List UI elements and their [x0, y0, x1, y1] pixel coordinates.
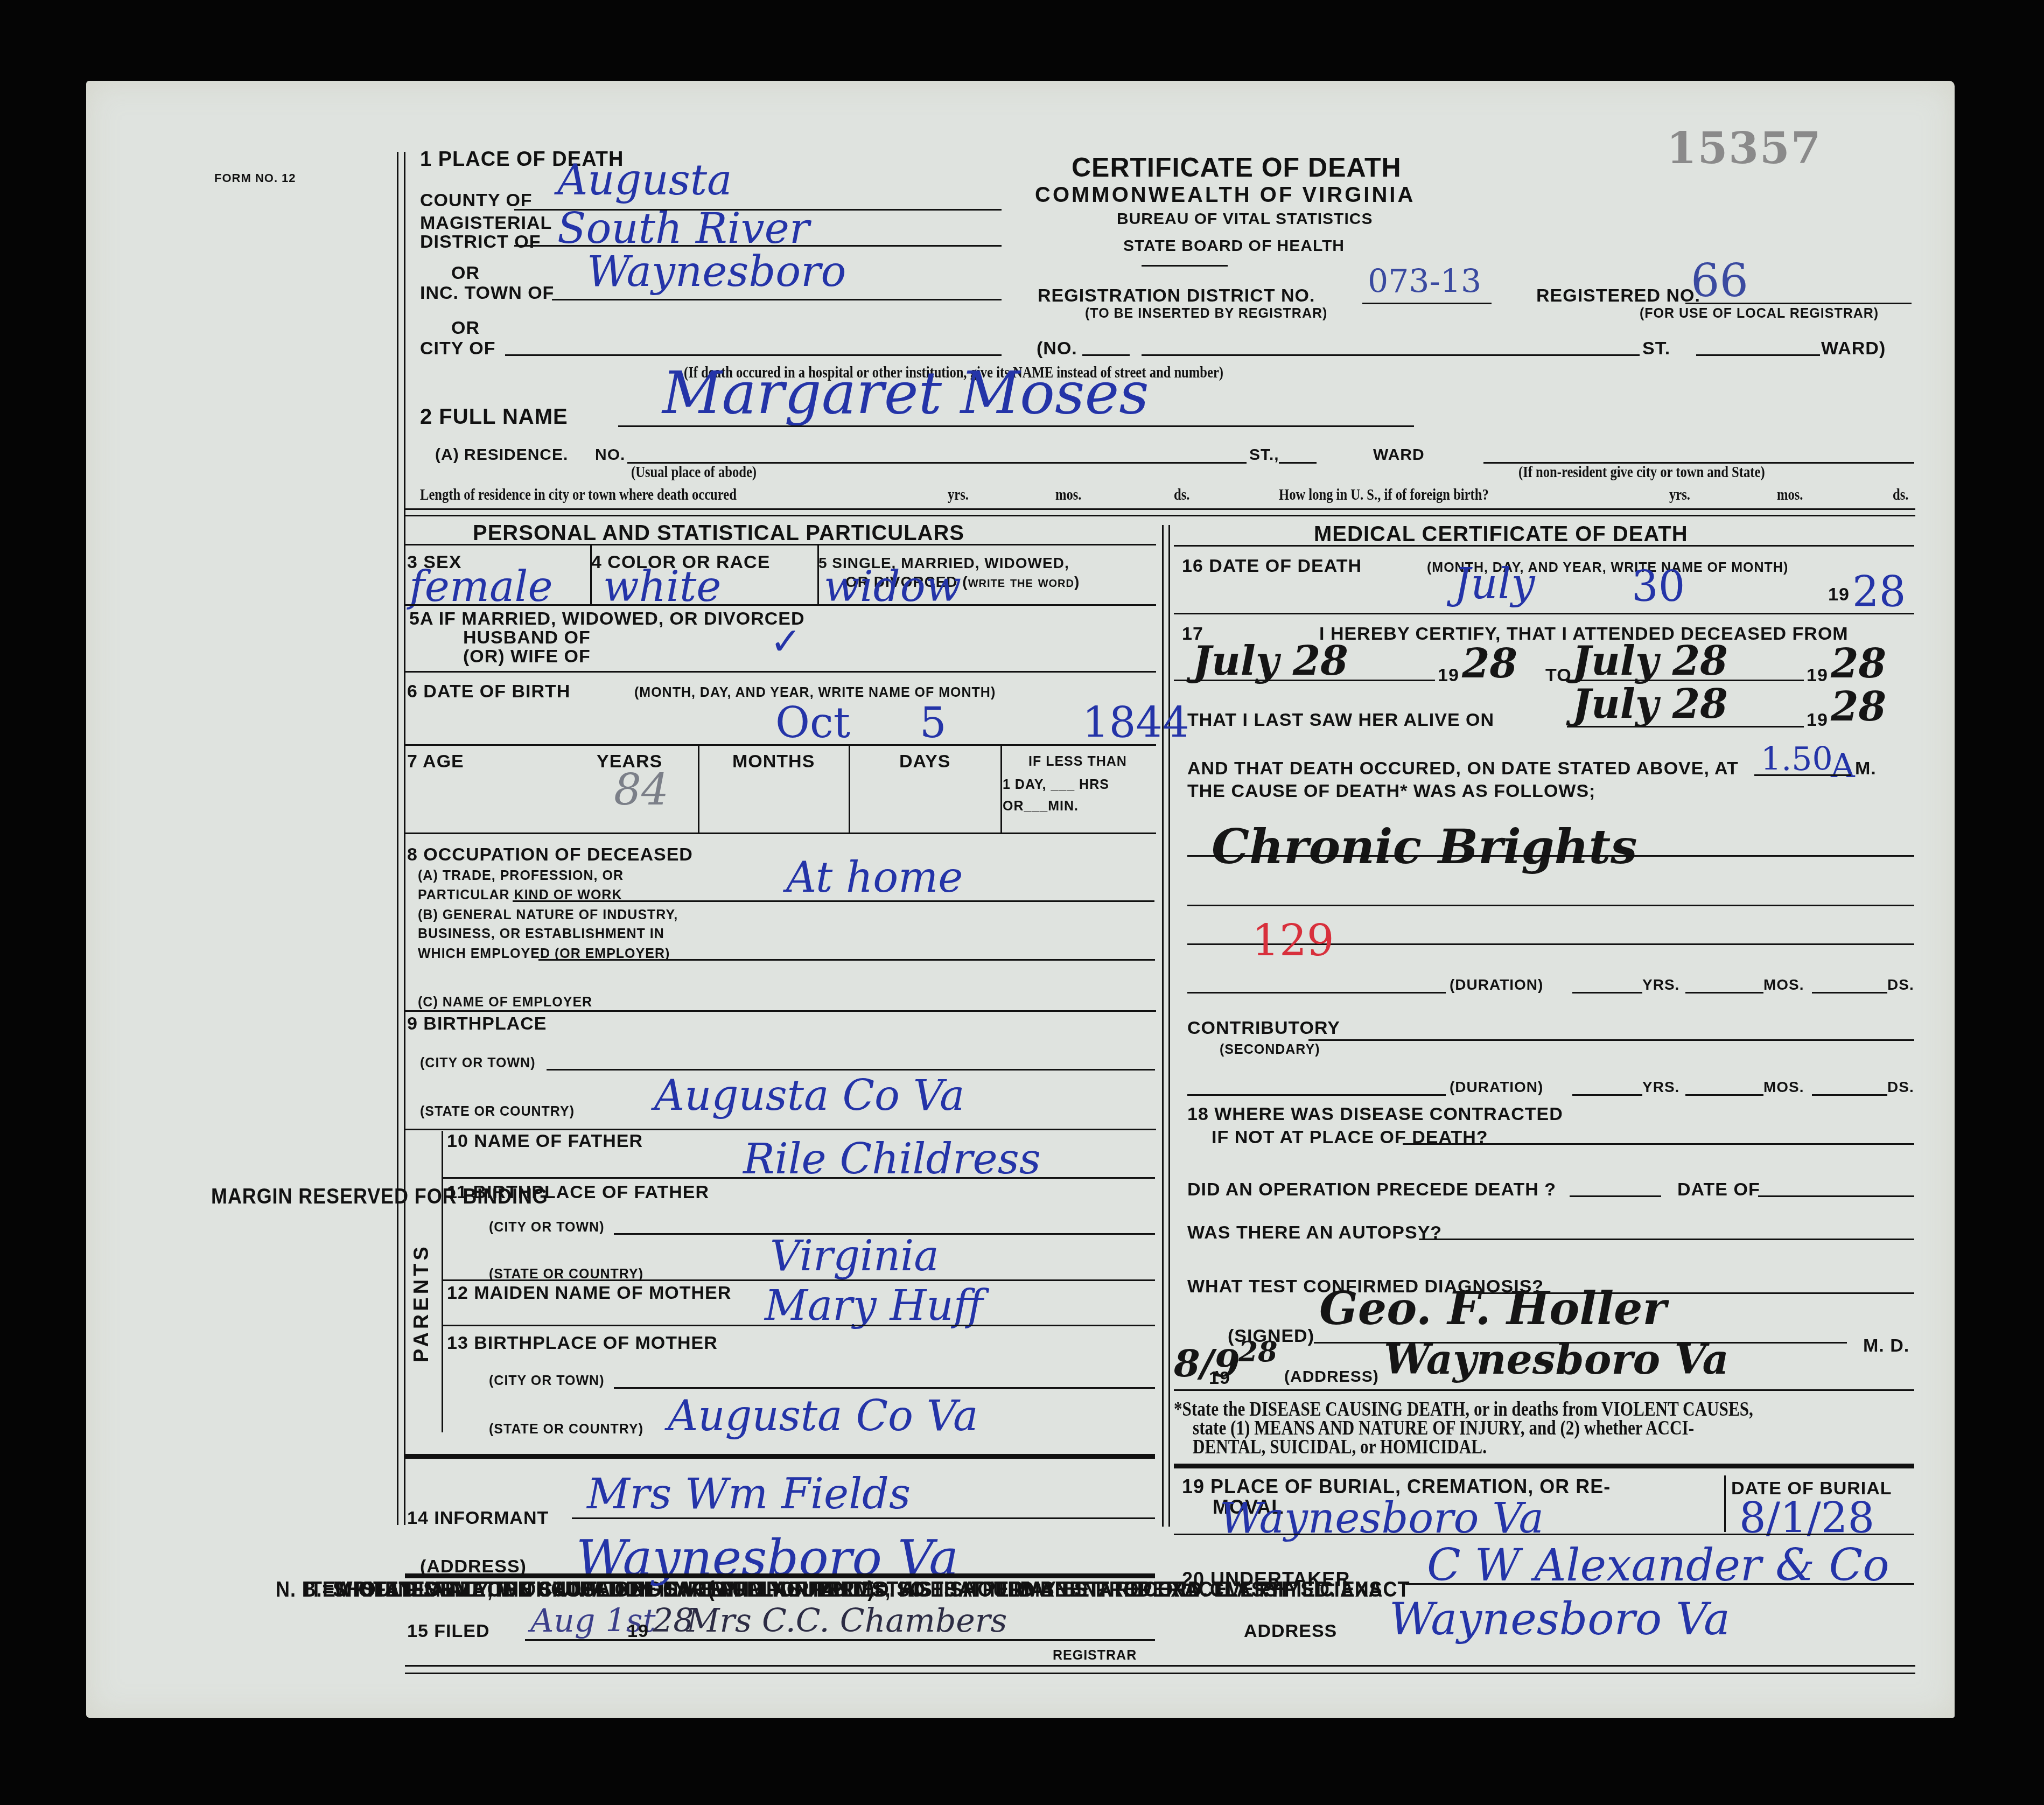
occupation-b-line	[538, 959, 1155, 961]
registered-no-value: 66	[1691, 254, 1748, 307]
undertaker-line	[1405, 1583, 1914, 1585]
middle-divider-line	[1168, 525, 1170, 1527]
signed-year: 28	[1238, 1335, 1277, 1368]
parents-side-label: PARENTS	[410, 1243, 433, 1362]
ward-label: WARD)	[1821, 338, 1886, 359]
last-saw-year: 28	[1831, 684, 1886, 730]
bottom-rule	[405, 1665, 1915, 1667]
dod-year: 28	[1852, 568, 1906, 617]
row-rule	[405, 744, 1156, 746]
birthplace-state-label: (STATE OR COUNTRY)	[420, 1104, 575, 1120]
foreign-yrs-label: yrs.	[1669, 486, 1690, 504]
age-divider	[698, 745, 699, 832]
county-value: Augusta	[557, 156, 732, 205]
undertaker-address-label: ADDRESS	[1244, 1621, 1337, 1642]
attended-to-year: 28	[1831, 641, 1886, 687]
thick-rule	[1174, 1464, 1914, 1468]
length-yrs-label: yrs.	[948, 486, 969, 504]
dob-label: 6 DATE OF BIRTH	[407, 681, 570, 702]
age-label: 7 AGE	[407, 751, 464, 772]
occupation-c: (C) NAME OF EMPLOYER	[418, 995, 592, 1010]
attended-from-year: 28	[1462, 641, 1517, 687]
father-birthplace-value: Virginia	[770, 1232, 939, 1281]
row-rule	[405, 1010, 1156, 1012]
street-st-label: ST.	[1642, 338, 1670, 359]
full-name-value: Margaret Moses	[662, 360, 1149, 427]
registration-district-note: (TO BE INSERTED BY REGISTRAR)	[1085, 306, 1327, 321]
contributory-label: CONTRIBUTORY	[1187, 1018, 1340, 1039]
mother-birthplace-value: Augusta Co Va	[668, 1392, 978, 1440]
personal-rule	[405, 544, 1156, 545]
registered-no-note: (FOR USE OF LOCAL REGISTRAR)	[1640, 306, 1879, 321]
father-name-label: 10 NAME OF FATHER	[447, 1131, 643, 1152]
occupation-b-2: BUSINESS, OR ESTABLISHMENT IN	[418, 926, 664, 942]
row-rule	[405, 604, 1156, 606]
last-saw-label: THAT I LAST SAW HER ALIVE ON	[1187, 710, 1494, 731]
street-no-line	[1082, 354, 1130, 356]
undertaker-label: 20 UNDERTAKER	[1182, 1568, 1350, 1591]
occupation-a-line	[513, 900, 1154, 902]
date-of-label: DATE OF	[1677, 1179, 1760, 1200]
row-rule	[1174, 1534, 1914, 1535]
birthplace-city-label: (CITY OR TOWN)	[420, 1055, 535, 1071]
contracted-label-2: IF NOT AT PLACE OF DEATH?	[1212, 1127, 1488, 1148]
father-name-value: Rile Childress	[743, 1135, 1041, 1184]
full-name-line	[618, 425, 1414, 427]
left-border-line	[397, 152, 398, 1525]
occupation-a-1: (A) TRADE, PROFESSION, OR	[418, 868, 624, 884]
informant-line	[572, 1517, 1155, 1519]
form-number: FORM NO. 12	[214, 171, 296, 185]
duration-ds-line	[1812, 992, 1887, 994]
middle-divider-line	[1162, 525, 1164, 1527]
registrar-label: REGISTRAR	[1053, 1648, 1137, 1663]
attended-to-year-prefix: 19	[1807, 665, 1828, 686]
district-label-2: DISTRICT OF	[420, 232, 541, 253]
dod-label: 16 DATE OF DEATH	[1182, 556, 1362, 577]
duration-yrs-label: YRS.	[1642, 1079, 1679, 1096]
cause-line	[1187, 855, 1914, 857]
residence-label: (A) RESIDENCE.	[435, 446, 568, 464]
dob-note: (MONTH, DAY, AND YEAR, WRITE NAME OF MON…	[634, 685, 996, 701]
certificate-paper	[86, 81, 1955, 1718]
cause-code: 129	[1252, 915, 1334, 966]
father-bp-city-label: (CITY OR TOWN)	[489, 1220, 604, 1235]
board-name: STATE BOARD OF HEALTH	[1123, 237, 1345, 255]
duration-ds-label: DS.	[1887, 1079, 1914, 1096]
county-label: COUNTY OF	[420, 190, 533, 211]
registration-district-line	[1362, 303, 1492, 304]
row-rule	[1174, 613, 1914, 614]
residence-no-label: NO.	[595, 446, 625, 464]
duration-mos-label: MOS.	[1763, 976, 1804, 994]
foreign-birth-label: How long in U. S., if of foreign birth?	[1279, 486, 1489, 504]
registration-district-value: 073-13	[1368, 263, 1481, 300]
spouse-label-3: (OR) WIFE OF	[463, 646, 591, 667]
left-border-line	[404, 152, 405, 1525]
age-divider	[849, 745, 850, 832]
duration-ds-line	[1812, 1094, 1887, 1096]
length-mos-label: mos.	[1055, 486, 1082, 504]
town-label: INC. TOWN OF	[420, 283, 554, 304]
mother-bp-state-label: (STATE OR COUNTRY)	[489, 1422, 643, 1437]
attended-from-year-prefix: 19	[1438, 665, 1459, 686]
duration-label: (DURATION)	[1450, 976, 1543, 994]
registered-no-label: REGISTERED NO.	[1536, 285, 1700, 306]
physician-signature: Geo. F. Holler	[1319, 1282, 1667, 1335]
foreign-ds-label: ds.	[1893, 486, 1908, 504]
mother-name-value: Mary Huff	[765, 1282, 983, 1330]
md-label: M. D.	[1863, 1335, 1909, 1356]
city-line	[505, 354, 1002, 356]
registrar-name: Mrs C.C. Chambers	[687, 1602, 1007, 1640]
death-time: 1.50	[1761, 740, 1833, 778]
dod-day: 30	[1632, 563, 1685, 611]
age-less-than-2: 1 DAY, ___ HRS	[1003, 777, 1109, 793]
signed-address-value: Waynesboro Va	[1384, 1335, 1729, 1383]
bureau-name: BUREAU OF VITAL STATISTICS	[1117, 210, 1373, 228]
attended-from-line	[1174, 680, 1435, 681]
age-years-value: 84	[614, 765, 669, 815]
medical-heading: MEDICAL CERTIFICATE OF DEATH	[1314, 522, 1688, 547]
filed-label: 15 FILED	[407, 1621, 489, 1642]
footnote-line-3: DENTAL, SUICIDAL, or HOMICIDAL.	[1193, 1435, 1487, 1459]
length-ds-label: ds.	[1174, 486, 1189, 504]
section-divider	[405, 508, 1915, 510]
street-line	[1142, 354, 1640, 356]
thick-rule	[405, 1573, 1155, 1578]
attended-to: July 28	[1572, 638, 1728, 684]
duration-yrs-line	[1572, 992, 1642, 994]
street-no-label: (NO.	[1037, 338, 1077, 359]
age-months-label: MONTHS	[732, 751, 815, 772]
row-rule	[443, 1279, 1155, 1281]
mother-bp-city-label: (CITY OR TOWN)	[489, 1373, 604, 1389]
spouse-checkmark: ✓	[770, 619, 802, 663]
medical-rule	[1174, 545, 1914, 547]
row-rule	[405, 671, 1156, 673]
row-rule	[1174, 1389, 1914, 1391]
city-label: CITY OF	[420, 338, 496, 359]
or-label: OR	[451, 263, 480, 284]
town-line	[552, 299, 1002, 300]
occupation-label: 8 OCCUPATION OF DECEASED	[407, 844, 693, 865]
certificate-number: 15357	[1667, 123, 1822, 173]
personal-heading: PERSONAL AND STATISTICAL PARTICULARS	[473, 521, 964, 545]
birthplace-city-line	[547, 1069, 1155, 1071]
residence-st-label: ST.,	[1249, 446, 1279, 464]
contributory-line	[1308, 1039, 1914, 1041]
ward-line	[1696, 354, 1820, 356]
duration-yrs-label: YRS.	[1642, 976, 1679, 994]
mother-name-label: 12 MAIDEN NAME OF MOTHER	[447, 1283, 731, 1304]
residence-st-line	[1279, 462, 1317, 464]
informant-value: Mrs Wm Fields	[587, 1470, 911, 1519]
burial-date-value: 8/1/28	[1739, 1494, 1874, 1543]
age-days-label: DAYS	[899, 751, 950, 772]
residence-abode-note: (Usual place of abode)	[631, 463, 757, 481]
full-name-label: 2 FULL NAME	[420, 405, 568, 429]
duration-line	[1187, 1094, 1446, 1096]
bottom-rule	[405, 1673, 1915, 1674]
operation-label: DID AN OPERATION PRECEDE DEATH ?	[1187, 1179, 1556, 1200]
thick-rule	[405, 1454, 1155, 1459]
attended-from: July 28	[1193, 638, 1348, 684]
father-birthplace-label: 11 BIRTHPLACE OF FATHER	[447, 1182, 709, 1203]
nonresident-note: (If non-resident give city or town and S…	[1518, 463, 1765, 481]
duration-mos-line	[1685, 992, 1763, 994]
dob-month: Oct	[775, 699, 850, 747]
date-of-line	[1758, 1195, 1914, 1197]
district-line	[514, 245, 1002, 247]
last-saw-line	[1567, 726, 1804, 727]
operation-line	[1570, 1195, 1661, 1197]
informant-label: 14 INFORMANT	[407, 1508, 549, 1529]
row-rule	[405, 1129, 1156, 1130]
signed-address-label: (ADDRESS)	[1284, 1368, 1379, 1386]
occupation-a-value: At home	[786, 853, 963, 902]
burial-date-divider	[1724, 1475, 1726, 1532]
autopsy-label: WAS THERE AN AUTOPSY?	[1187, 1222, 1442, 1243]
contracted-line	[1403, 1143, 1914, 1145]
dob-day: 5	[920, 699, 947, 747]
contracted-label-1: 18 WHERE WAS DISEASE CONTRACTED	[1187, 1104, 1563, 1125]
parents-bracket-line	[442, 1131, 443, 1432]
row-rule	[443, 1177, 1155, 1179]
duration-mos-line	[1685, 1094, 1763, 1096]
duration-ds-label: DS.	[1887, 976, 1914, 994]
burial-place-value: Waynesboro Va	[1220, 1494, 1544, 1543]
or-label: OR	[451, 318, 480, 339]
death-ampm: A	[1831, 746, 1855, 785]
dod-year-prefix: 19	[1828, 584, 1850, 605]
death-time-label: AND THAT DEATH OCCURED, ON DATE STATED A…	[1187, 758, 1739, 779]
spouse-label-2: HUSBAND OF	[463, 627, 591, 648]
foreign-mos-label: mos.	[1777, 486, 1803, 504]
dob-year: 1844	[1082, 699, 1189, 747]
duration-yrs-line	[1572, 1094, 1642, 1096]
race-divider	[817, 545, 819, 604]
residence-ward-label: WARD	[1373, 446, 1425, 464]
age-less-than-1: IF LESS THAN	[1028, 754, 1127, 769]
spouse-label-1: 5A IF MARRIED, WIDOWED, OR DIVORCED	[409, 608, 805, 629]
row-rule	[405, 832, 1156, 834]
last-saw-year-prefix: 19	[1807, 710, 1828, 731]
duration-label: (DURATION)	[1450, 1079, 1543, 1096]
cause-value: Chronic Brights	[1212, 818, 1637, 874]
secondary-label: (SECONDARY)	[1220, 1042, 1320, 1058]
dod-month: July	[1454, 560, 1535, 608]
cause-line	[1187, 905, 1914, 906]
title-rule	[1142, 265, 1228, 267]
duration-line	[1187, 992, 1446, 994]
registration-district-label: REGISTRATION DISTRICT NO.	[1038, 285, 1315, 306]
autopsy-line	[1419, 1239, 1914, 1240]
last-saw-date: July 28	[1572, 681, 1728, 727]
birthplace-label: 9 BIRTHPLACE	[407, 1013, 547, 1034]
birthplace-value: Augusta Co Va	[654, 1072, 965, 1120]
age-less-than-3: OR___MIN.	[1003, 799, 1079, 814]
certificate-subtitle: COMMONWEALTH OF VIRGINIA	[1035, 183, 1415, 207]
death-time-line	[1754, 774, 1851, 776]
certificate-title: CERTIFICATE OF DEATH	[1072, 152, 1402, 183]
length-of-residence-label: Length of residence in city or town wher…	[420, 486, 737, 504]
row-rule	[443, 1325, 1155, 1326]
filed-line	[525, 1639, 1155, 1641]
undertaker-address-value: Waynesboro Va	[1389, 1594, 1730, 1645]
registered-no-line	[1685, 303, 1912, 304]
occupation-b-1: (B) GENERAL NATURE OF INDUSTRY,	[418, 907, 678, 923]
mother-bp-city-line	[614, 1387, 1155, 1389]
town-value: Waynesboro	[587, 248, 846, 296]
to-label: TO	[1545, 665, 1572, 686]
section-divider	[405, 515, 1915, 516]
signed-year-prefix: 19	[1209, 1368, 1230, 1389]
duration-mos-label: MOS.	[1763, 1079, 1804, 1096]
district-label-1: MAGISTERIAL	[420, 213, 552, 234]
m-label: M.	[1855, 758, 1877, 779]
cause-label: THE CAUSE OF DEATH* WAS AS FOLLOWS;	[1187, 781, 1595, 802]
age-divider	[1000, 745, 1002, 832]
mother-birthplace-label: 13 BIRTHPLACE OF MOTHER	[447, 1333, 718, 1354]
